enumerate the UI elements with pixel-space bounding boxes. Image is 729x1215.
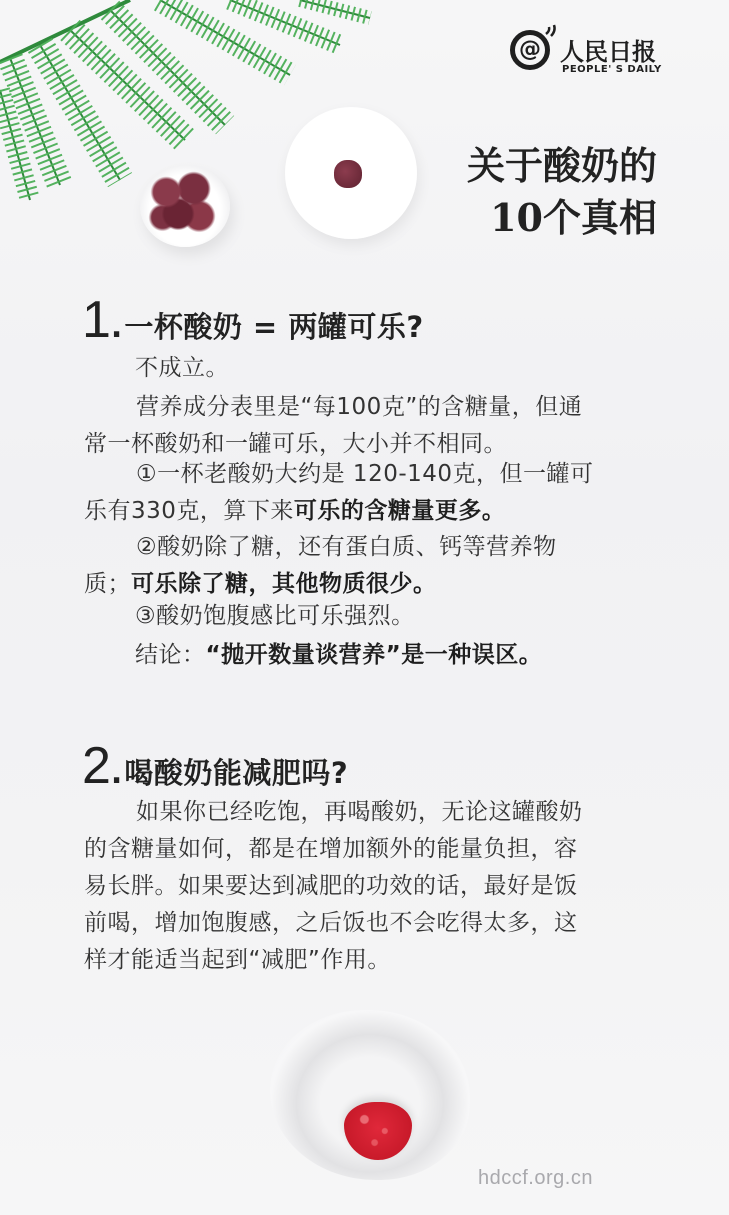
point-line: ①一杯老酸奶大约是 120-140克，但一罐可 [84,456,662,493]
title-line-2: 10个真相 [467,192,657,244]
point-emphasis: 可乐除了糖，其他物质很少。 [131,571,437,597]
point-line: ②酸奶除了糖，还有蛋白质、钙等营养物 [84,529,662,566]
signal-waves-icon [543,24,561,42]
section-1-point-3: ③酸奶饱腹感比可乐强烈。 [135,598,655,635]
section-number: 1 [82,294,111,346]
watermark: hdccf.org.cn [478,1167,593,1190]
paragraph-line: 样才能适当起到“减肥”作用。 [84,942,662,979]
section-title: 一杯酸奶 = 两罐可乐? [124,305,423,346]
section-dot: . [111,756,122,791]
section-2-heading: 2 . 喝酸奶能减肥吗? [82,740,348,792]
paragraph-line: 如果你已经吃饱，再喝酸奶，无论这罐酸奶 [84,794,662,831]
answer-text: 不成立。 [135,355,229,381]
berry-in-yogurt-image [334,160,362,188]
section-1-point-2: ②酸奶除了糖，还有蛋白质、钙等营养物 质；可乐除了糖，其他物质很少。 [84,529,662,603]
point-text: 乐有330克，算下来 [84,498,294,524]
page-title: 关于酸奶的 10个真相 [467,140,657,244]
logo-name-en: PEOPLE' S DAILY [562,64,662,75]
logo-name-cn: 人民日报 [560,32,656,67]
section-1-heading: 1 . 一杯酸奶 = 两罐可乐? [82,294,424,346]
conclusion-label: 结论： [135,642,206,668]
point-text: ③酸奶饱腹感比可乐强烈。 [135,603,415,629]
section-1-answer: 不成立。 [135,350,655,387]
section-1-conclusion: 结论：“抛开数量谈营养”是一种误区。 [135,637,675,674]
section-1-point-1: ①一杯老酸奶大约是 120-140克，但一罐可 乐有330克，算下来可乐的含糖量… [84,456,662,530]
section-2-paragraph: 如果你已经吃饱，再喝酸奶，无论这罐酸奶 的含糖量如何，都是在增加额外的能量负担，… [84,794,662,979]
peoples-daily-logo: @ 人民日报 PEOPLE' S DAILY [510,24,670,80]
paragraph-line: 营养成分表里是“每100克”的含糖量，但通 [84,389,662,426]
section-title: 喝酸奶能减肥吗? [124,751,348,792]
point-emphasis: 可乐的含糖量更多。 [294,498,506,524]
paragraph-line: 易长胖。如果要达到减肥的功效的话，最好是饭 [84,868,662,905]
section-1-paragraph-1: 营养成分表里是“每100克”的含糖量，但通 常一杯酸奶和一罐可乐，大小并不相同。 [84,389,662,463]
section-number: 2 [82,740,111,792]
paragraph-line: 的含糖量如何，都是在增加额外的能量负担，容 [84,831,662,868]
dried-berries-image [143,167,221,239]
paragraph-line: 前喝，增加饱腹感，之后饭也不会吃得太多，这 [84,905,662,942]
point-text: 质； [84,571,131,597]
section-dot: . [111,310,122,345]
conclusion-text: “抛开数量谈营养”是一种误区。 [206,642,543,668]
title-line-1: 关于酸奶的 [467,140,657,192]
